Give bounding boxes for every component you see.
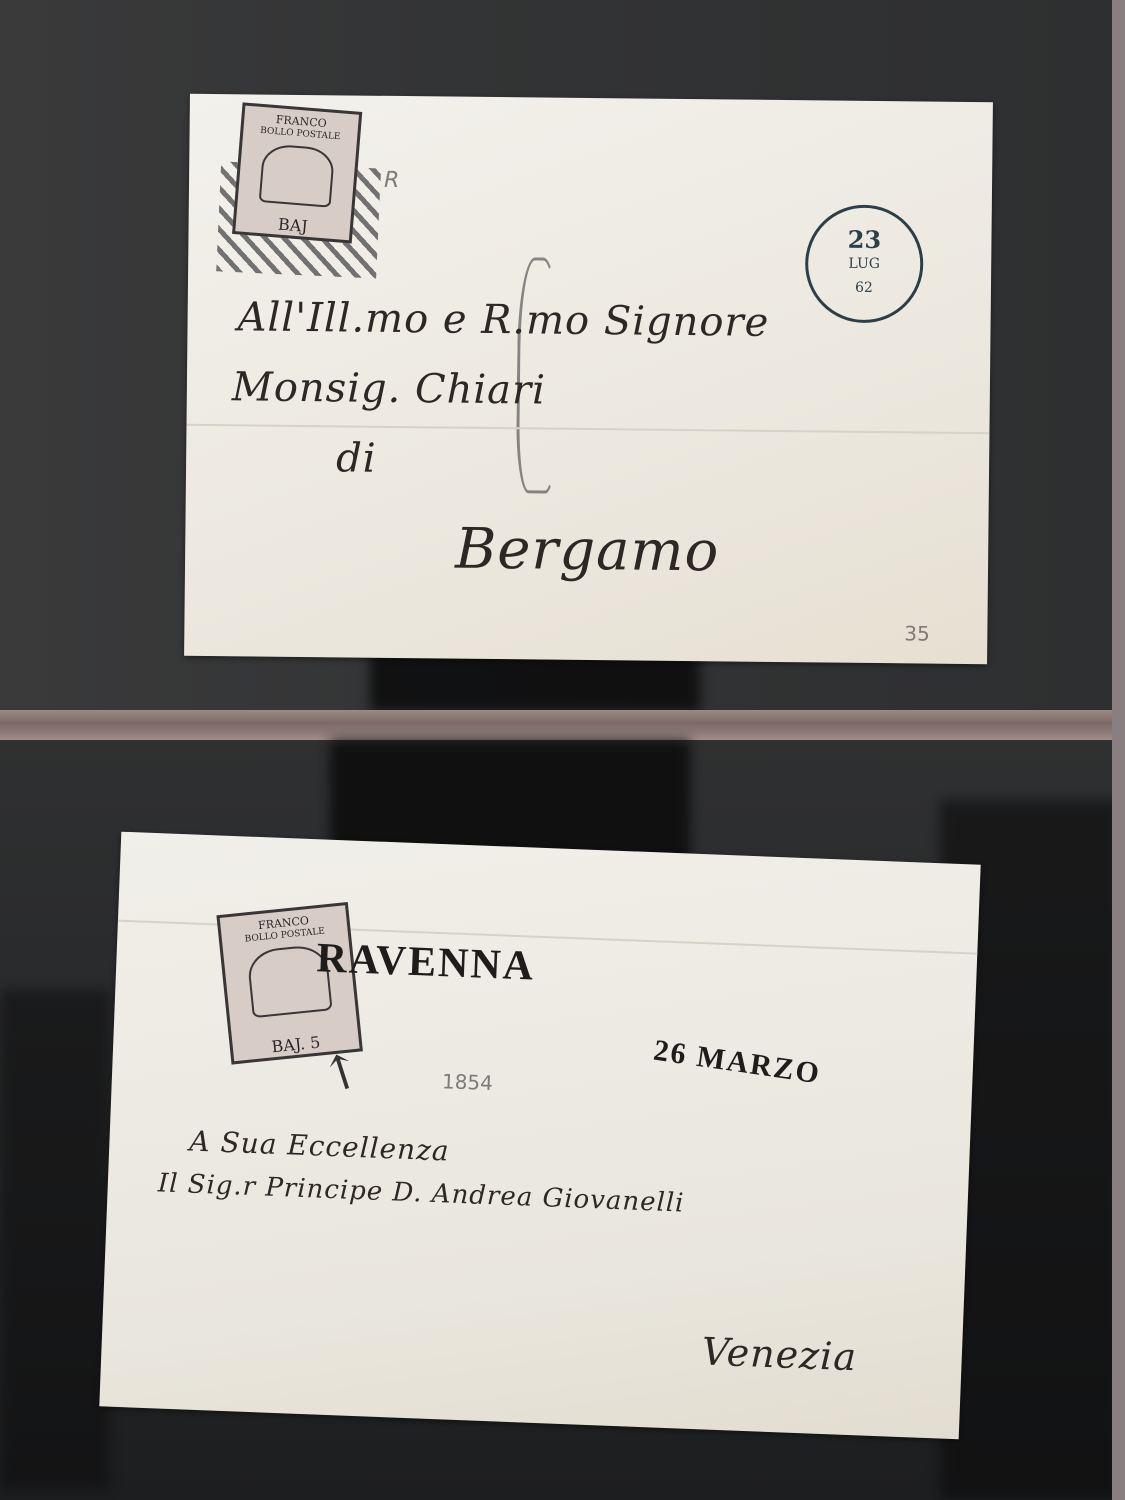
- postmark-month: LUG: [808, 251, 920, 276]
- pencil-year: 1854: [442, 1069, 494, 1095]
- postmark-day: 23: [848, 225, 882, 254]
- album-strip-divider: [0, 710, 1125, 742]
- straightline-postmark: RAVENNA: [316, 934, 536, 990]
- address-destination: Venezia: [701, 1329, 858, 1379]
- pencil-mark: R: [384, 168, 400, 193]
- fold-line: [186, 424, 989, 434]
- stamp-value: BAJ: [236, 215, 351, 236]
- papal-arms-icon: [258, 143, 335, 208]
- address-line: Monsig. Chiari: [232, 364, 547, 413]
- cover-bergamo: FRANCO BOLLO POSTALE BAJ R 23 LUG 62 All…: [184, 94, 993, 664]
- postmark-year: 62: [808, 275, 920, 300]
- stamp-papal-states: FRANCO BOLLO POSTALE BAJ: [232, 102, 362, 243]
- circular-date-stamp: 23 LUG 62: [805, 204, 924, 323]
- address-line: di: [336, 435, 377, 481]
- address-line: All'Ill.mo e R.mo Signore: [237, 294, 769, 346]
- catalog-number: 35: [904, 621, 930, 645]
- address-destination: Bergamo: [455, 517, 720, 585]
- reflection: [0, 990, 110, 1490]
- date-stamp: 26 MARZO: [651, 1034, 823, 1092]
- album-edge: [1112, 0, 1125, 1500]
- cover-venezia: 22 33 2233 FRANCO BOLLO POSTALE BAJ. 5 R…: [99, 832, 980, 1440]
